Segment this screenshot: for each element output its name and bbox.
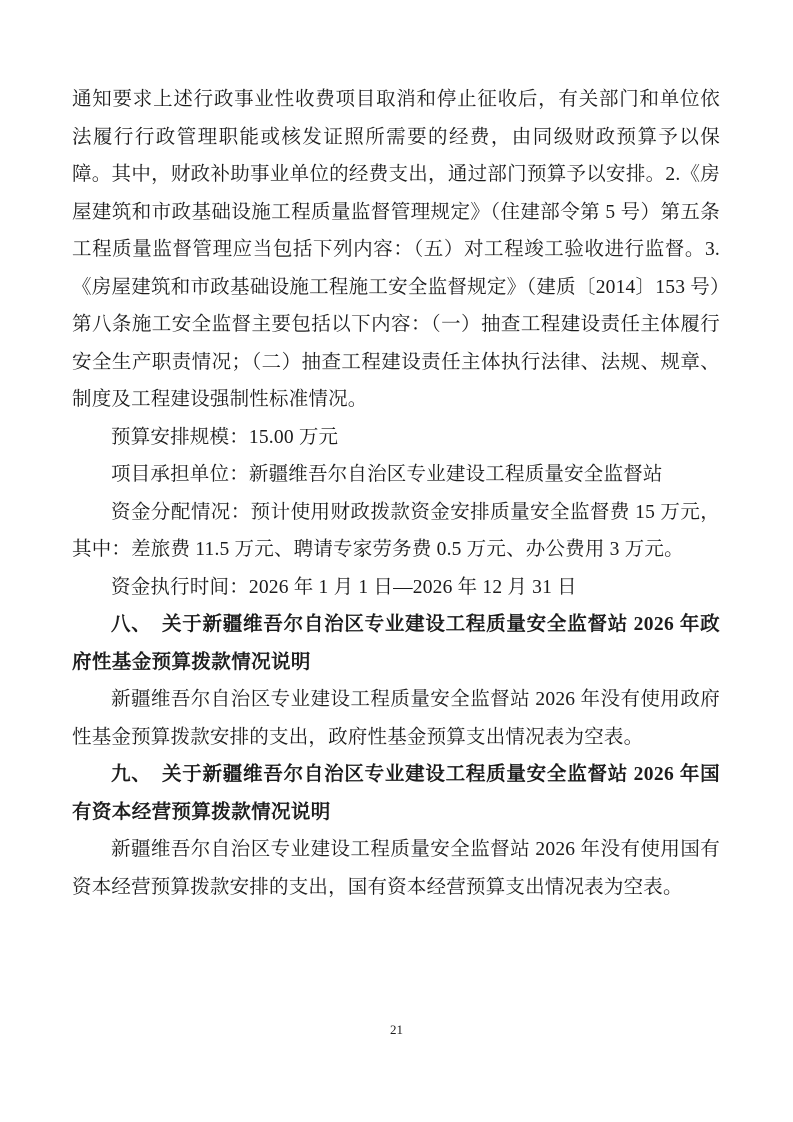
paragraph-fund-allocation: 资金分配情况：预计使用财政拨款资金安排质量安全监督费 15 万元，其中：差旅费 … [72,494,720,569]
paragraph-fee-cancellation-basis: 通知要求上述行政事业性收费项目取消和停止征收后，有关部门和单位依法履行行政管理职… [72,81,720,419]
page-number: 21 [0,1022,793,1038]
heading-section-8-government-fund-budget: 八、 关于新疆维吾尔自治区专业建设工程质量安全监督站 2026 年政府性基金预算… [72,606,720,681]
line-budget-scale: 预算安排规模：15.00 万元 [72,419,720,457]
page-content: 通知要求上述行政事业性收费项目取消和停止征收后，有关部门和单位依法履行行政管理职… [72,81,720,906]
line-fund-execution-period: 资金执行时间：2026 年 1 月 1 日—2026 年 12 月 31 日 [72,569,720,607]
heading-section-9-state-capital-budget: 九、 关于新疆维吾尔自治区专业建设工程质量安全监督站 2026 年国有资本经营预… [72,756,720,831]
paragraph-section-9-body: 新疆维吾尔自治区专业建设工程质量安全监督站 2026 年没有使用国有资本经营预算… [72,831,720,906]
line-project-unit: 项目承担单位：新疆维吾尔自治区专业建设工程质量安全监督站 [72,456,720,494]
document-page: 通知要求上述行政事业性收费项目取消和停止征收后，有关部门和单位依法履行行政管理职… [0,0,793,1122]
paragraph-section-8-body: 新疆维吾尔自治区专业建设工程质量安全监督站 2026 年没有使用政府性基金预算拨… [72,681,720,756]
